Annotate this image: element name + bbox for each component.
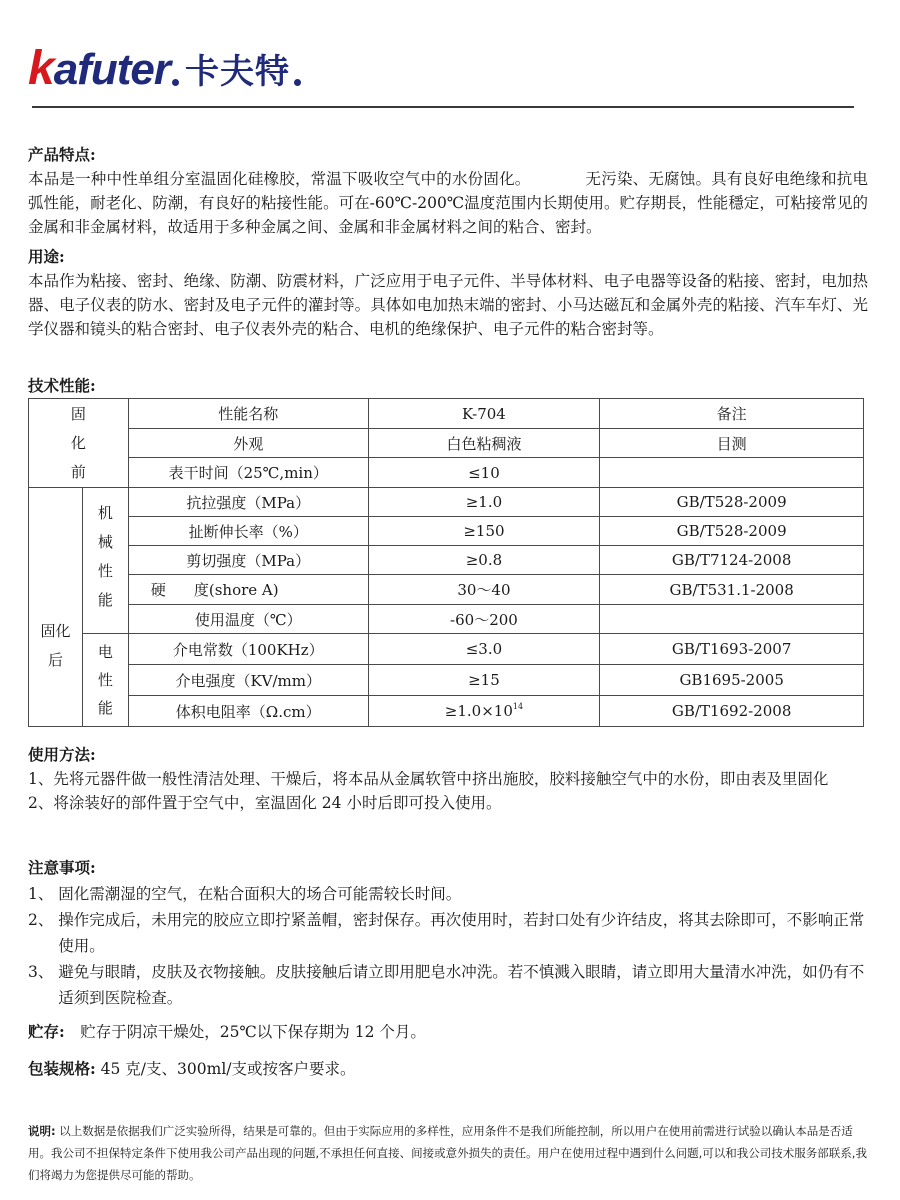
method-step: 1、先将元器件做一般性清洁处理、干燥后，将本品从金属软管中挤出施胶，胶料接触空气… [28, 767, 868, 791]
section-packaging: 包装规格: 45 克/支、300ml/支或按客户要求。 [28, 1057, 868, 1081]
disclaimer: 说明: 以上数据是依据我们广泛实验所得，结果是可靠的。但由于实际应用的多样性，应… [28, 1120, 870, 1186]
table-row: 剪切强度（MPa） ≥0.8 GB/T7124-2008 [29, 546, 864, 575]
spec-table: 固化前 性能名称 K-704 备注 外观 白色粘稠液 目测 表干时间（25℃,m… [28, 398, 864, 727]
header-cell-value: K-704 [368, 399, 600, 429]
table-row: 电性能 介电常数（100KHz） ≤3.0 GB/T1693-2007 [29, 634, 864, 665]
section-title: 产品特点: [28, 143, 868, 167]
section-usage: 用途: 本品作为粘接、密封、绝缘、防潮、防震材料，广泛应用于电子元件、半导体材料… [28, 245, 868, 341]
note-item: 1、 固化需潮湿的空气，在粘合面积大的场合可能需较长时间。 [28, 881, 868, 907]
electrical-group-label: 电性能 [82, 634, 128, 727]
packaging-text: 45 克/支、300ml/支或按客户要求。 [96, 1060, 356, 1078]
storage-label: 贮存: [28, 1022, 65, 1041]
note-item: 2、 操作完成后，未用完的胶应立即拧紧盖帽，密封保存。再次使用时，若封口处有少许… [28, 907, 868, 959]
table-row: 体积电阻率（Ω.cm） ≥1.0×1014 GB/T1692-2008 [29, 696, 864, 727]
registered-mark-icon [172, 79, 179, 86]
section-title-tech: 技术性能: [28, 374, 96, 396]
table-row: 扯断伸长率（%） ≥150 GB/T528-2009 [29, 517, 864, 546]
section-title: 注意事项: [28, 855, 868, 881]
section-body: 本品作为粘接、密封、绝缘、防潮、防震材料，广泛应用于电子元件、半导体材料、电子电… [28, 269, 868, 341]
table-row: 介电强度（KV/mm） ≥15 GB1695-2005 [29, 665, 864, 696]
logo-wordmark-en: kafuter [28, 47, 170, 92]
table-row: 使用温度（℃） -60～200 [29, 605, 864, 634]
table-row: 固化后 机械性能 抗拉强度（MPa） ≥1.0 GB/T528-2009 [29, 488, 864, 517]
pre-cure-group-label: 固化前 [29, 399, 129, 488]
section-method: 使用方法: 1、先将元器件做一般性清洁处理、干燥后，将本品从金属软管中挤出施胶，… [28, 743, 868, 815]
table-row: 表干时间（25℃,min） ≤10 [29, 458, 864, 488]
section-features: 产品特点: 本品是一种中性单组分室温固化硅橡胶，常温下吸收空气中的水份固化。 无… [28, 143, 868, 239]
section-notes: 注意事项: 1、 固化需潮湿的空气，在粘合面积大的场合可能需较长时间。 2、 操… [28, 855, 868, 1011]
section-title: 用途: [28, 245, 868, 269]
section-storage: 贮存: 贮存于阴凉干燥处，25℃以下保存期为 12 个月。 [28, 1020, 868, 1044]
registered-mark-icon [294, 79, 301, 86]
logo-wordmark-cn: 卡夫特 [185, 52, 290, 92]
post-cure-group-label: 固化后 [29, 488, 83, 727]
storage-text: 贮存于阴凉干燥处，25℃以下保存期为 12 个月。 [65, 1023, 426, 1041]
mechanical-group-label: 机械性能 [82, 488, 128, 634]
table-header-row: 固化前 性能名称 K-704 备注 [29, 399, 864, 429]
method-step: 2、将涂装好的部件置于空气中，室温固化 24 小时后即可投入使用。 [28, 791, 868, 815]
disclaimer-label: 说明: [28, 1124, 56, 1138]
section-title: 使用方法: [28, 743, 868, 767]
header-cell-name: 性能名称 [128, 399, 368, 429]
table-row: 外观 白色粘稠液 目测 [29, 429, 864, 458]
header-divider [32, 106, 854, 108]
packaging-label: 包装规格: [28, 1059, 96, 1078]
header-cell-note: 备注 [600, 399, 864, 429]
section-body: 本品是一种中性单组分室温固化硅橡胶，常温下吸收空气中的水份固化。 无污染、无腐蚀… [28, 167, 868, 239]
brand-logo: kafuter 卡夫特 [28, 40, 307, 92]
note-item: 3、 避免与眼睛，皮肤及衣物接触。皮肤接触后请立即用肥皂水冲洗。若不慎溅入眼睛，… [28, 959, 868, 1011]
table-row: 硬度(shore A) 30～40 GB/T531.1-2008 [29, 575, 864, 605]
disclaimer-text: 以上数据是依据我们广泛实验所得，结果是可靠的。但由于实际应用的多样性，应用条件不… [28, 1124, 867, 1182]
